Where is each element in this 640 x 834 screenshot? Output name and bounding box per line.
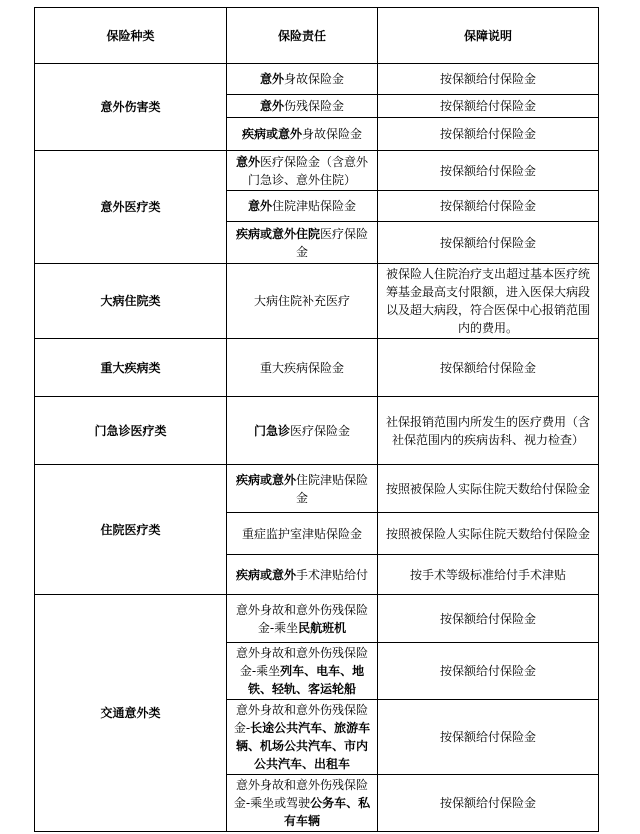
liability-pre: 重大疾病保险金 — [260, 361, 344, 375]
liability-bold: 意外 — [248, 199, 272, 213]
liability-post: 住院津贴保险金 — [272, 199, 356, 213]
liability-post: 手术津贴给付 — [296, 568, 368, 582]
table-row: 重大疾病类 重大疾病保险金 按保额给付保险金 — [35, 339, 599, 397]
liability-bold: 长途公共汽车、旅游车辆、机场公共汽车、市内公共汽车、出租车 — [236, 721, 370, 771]
header-insurance-type: 保险种类 — [35, 8, 227, 64]
liability-bold: 疾病或意外 — [242, 127, 302, 141]
insurance-table: 保险种类 保险责任 保障说明 意外伤害类 意外身故保险金 按保额给付保险金 意外… — [34, 7, 599, 832]
coverage-cell: 按保额给付保险金 — [378, 191, 599, 222]
liability-cell: 疾病或意外住院医疗保险金 — [227, 222, 378, 264]
coverage-cell: 按保额给付保险金 — [378, 118, 599, 151]
category-major-disease-hospitalization: 大病住院类 — [35, 264, 227, 339]
liability-cell: 疾病或意外住院津贴保险金 — [227, 465, 378, 513]
liability-post: 医疗保险金（含意外门急诊、意外住院） — [248, 155, 368, 187]
header-liability: 保险责任 — [227, 8, 378, 64]
table-row: 意外医疗类 意外医疗保险金（含意外门急诊、意外住院） 按保额给付保险金 — [35, 151, 599, 191]
liability-cell: 疾病或意外身故保险金 — [227, 118, 378, 151]
liability-cell: 意外身故和意外伤残保险金-乘坐或驾驶公务车、私有车辆 — [227, 775, 378, 832]
coverage-cell: 按照被保险人实际住院天数给付保险金 — [378, 513, 599, 555]
coverage-cell: 按手术等级标准给付手术津贴 — [378, 555, 599, 595]
liability-post: 伤残保险金 — [284, 99, 344, 113]
table-row: 意外伤害类 意外身故保险金 按保额给付保险金 — [35, 64, 599, 95]
liability-cell: 意外身故和意外伤残保险金-乘坐民航班机 — [227, 595, 378, 643]
coverage-cell: 按保额给付保险金 — [378, 151, 599, 191]
header-coverage: 保障说明 — [378, 8, 599, 64]
liability-cell: 意外伤残保险金 — [227, 95, 378, 118]
liability-bold: 门急诊 — [254, 424, 290, 438]
coverage-cell: 社保报销范围内所发生的医疗费用（含社保范围内的疾病齿科、视力检查） — [378, 397, 599, 465]
liability-pre: 大病住院补充医疗 — [254, 294, 350, 308]
liability-pre: 重症监护室津贴保险金 — [242, 527, 362, 541]
table-row: 大病住院类 大病住院补充医疗 被保险人住院治疗支出超过基本医疗统筹基金最高支付限… — [35, 264, 599, 339]
category-hospitalization-medical: 住院医疗类 — [35, 465, 227, 595]
liability-cell: 意外身故和意外伤残保险金-长途公共汽车、旅游车辆、机场公共汽车、市内公共汽车、出… — [227, 700, 378, 775]
liability-cell: 大病住院补充医疗 — [227, 264, 378, 339]
table-row: 交通意外类 意外身故和意外伤残保险金-乘坐民航班机 按保额给付保险金 — [35, 595, 599, 643]
liability-cell: 意外医疗保险金（含意外门急诊、意外住院） — [227, 151, 378, 191]
liability-bold: 意外 — [236, 155, 260, 169]
liability-bold: 意外 — [260, 99, 284, 113]
liability-cell: 意外身故和意外伤残保险金-乘坐列车、电车、地铁、轻轨、客运轮船 — [227, 643, 378, 700]
category-traffic-accident: 交通意外类 — [35, 595, 227, 832]
coverage-cell: 按保额给付保险金 — [378, 64, 599, 95]
category-outpatient-emergency: 门急诊医疗类 — [35, 397, 227, 465]
liability-post: 身故保险金 — [284, 72, 344, 86]
coverage-cell: 按保额给付保险金 — [378, 775, 599, 832]
table-row: 门急诊医疗类 门急诊医疗保险金 社保报销范围内所发生的医疗费用（含社保范围内的疾… — [35, 397, 599, 465]
liability-bold: 意外 — [260, 72, 284, 86]
coverage-cell: 按保额给付保险金 — [378, 595, 599, 643]
coverage-cell: 按保额给付保险金 — [378, 222, 599, 264]
coverage-cell: 按保额给付保险金 — [378, 643, 599, 700]
coverage-cell: 按保额给付保险金 — [378, 339, 599, 397]
coverage-cell: 按保额给付保险金 — [378, 95, 599, 118]
header-row: 保险种类 保险责任 保障说明 — [35, 8, 599, 64]
coverage-cell: 被保险人住院治疗支出超过基本医疗统筹基金最高支付限额，进入医保大病段以及超大病段… — [378, 264, 599, 339]
category-critical-illness: 重大疾病类 — [35, 339, 227, 397]
liability-bold: 民航班机 — [298, 621, 346, 635]
liability-cell: 重症监护室津贴保险金 — [227, 513, 378, 555]
table-row: 住院医疗类 疾病或意外住院津贴保险金 按照被保险人实际住院天数给付保险金 — [35, 465, 599, 513]
liability-post: 住院津贴保险金 — [296, 473, 368, 505]
liability-bold: 疾病或意外 — [236, 568, 296, 582]
liability-cell: 门急诊医疗保险金 — [227, 397, 378, 465]
coverage-cell: 按照被保险人实际住院天数给付保险金 — [378, 465, 599, 513]
liability-post: 身故保险金 — [302, 127, 362, 141]
category-accident-injury: 意外伤害类 — [35, 64, 227, 151]
liability-cell: 意外身故保险金 — [227, 64, 378, 95]
liability-bold: 疾病或意外住院 — [236, 227, 320, 241]
liability-cell: 重大疾病保险金 — [227, 339, 378, 397]
category-accident-medical: 意外医疗类 — [35, 151, 227, 264]
liability-cell: 意外住院津贴保险金 — [227, 191, 378, 222]
liability-post: 医疗保险金 — [290, 424, 350, 438]
liability-cell: 疾病或意外手术津贴给付 — [227, 555, 378, 595]
liability-bold: 疾病或意外 — [236, 473, 296, 487]
coverage-cell: 按保额给付保险金 — [378, 700, 599, 775]
